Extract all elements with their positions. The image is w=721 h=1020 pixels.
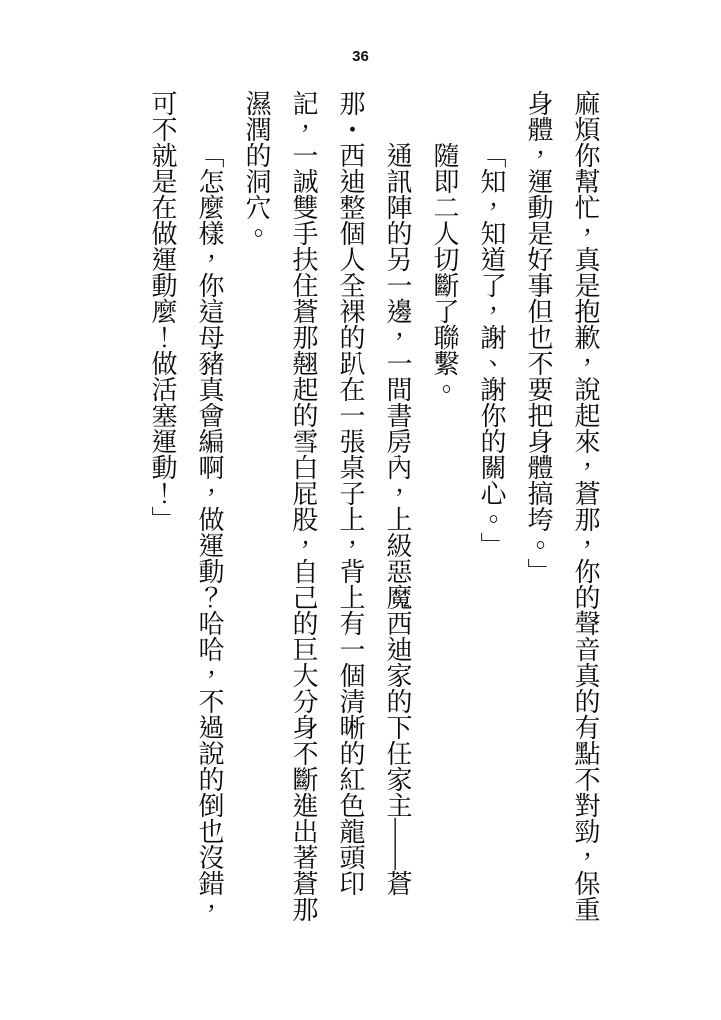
paragraph: 通訊陣的另一邊，一間書房內，上級惡魔西迪家的下任家主——蒼那・西迪整個人全裸的趴… [233,90,421,931]
page-text-block: 麻煩你幫忙，真是抱歉，說起來，蒼那，你的聲音真的有點不對勁，保重身體，運動是好事… [89,90,609,931]
page-number: 36 [0,49,721,64]
book-page: 36 麻煩你幫忙，真是抱歉，說起來，蒼那，你的聲音真的有點不對勁，保重身體，運動… [0,0,721,1020]
paragraph: 隨即二人切斷了聯繫。 [421,90,468,931]
paragraph: 「怎麼樣，你這母豬真會編啊，做運動？哈哈，不過說的倒也沒錯，可不就是在做運動麼！… [139,90,233,931]
paragraph: 麻煩你幫忙，真是抱歉，說起來，蒼那，你的聲音真的有點不對勁，保重身體，運動是好事… [515,90,609,931]
paragraph: 「知，知道了，謝、謝你的關心。」 [468,90,515,931]
